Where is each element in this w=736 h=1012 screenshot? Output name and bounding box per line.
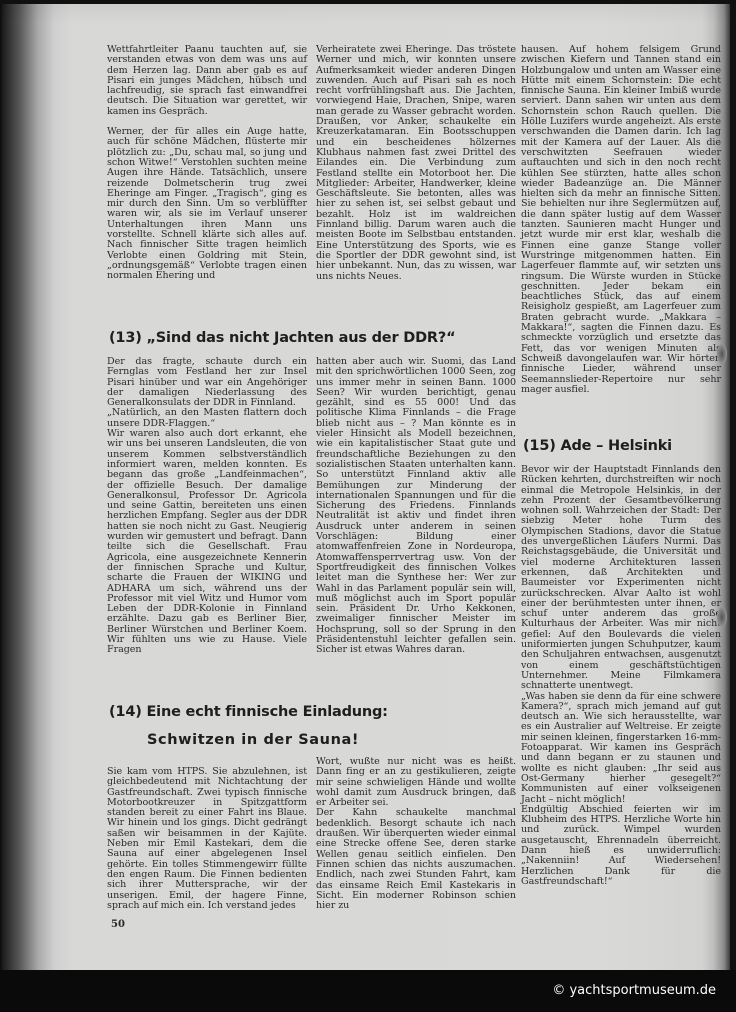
paragraph: Sie kam vom HTPS. Sie abzulehnen, ist gl…	[107, 767, 307, 911]
paragraph: Der das fragte, schaute durch ein Ferngl…	[107, 357, 307, 408]
paragraph: Verheiratete zwei Eheringe. Das tröstete…	[316, 45, 516, 282]
paragraph: Endgültig Abschied feierten wir im Klubh…	[521, 805, 721, 887]
paragraph: Wort, wußte nur nicht was es heißt. Dann…	[316, 757, 516, 808]
paragraph: Wettfahrtleiter Paanu tauchten auf, sie …	[107, 45, 307, 117]
paragraph: Werner, der für alles ein Auge hatte, au…	[107, 127, 307, 281]
section-14-column-1: Sie kam vom HTPS. Sie abzulehnen, ist gl…	[107, 767, 307, 911]
paragraph: hatten aber auch wir. Suomi, das Land mi…	[316, 357, 516, 656]
section-14-column-2: Wort, wußte nur nicht was es heißt. Dann…	[316, 757, 516, 911]
section-14-column-3: hausen. Auf hohem felsigem Grund zwische…	[521, 45, 721, 395]
section-13-heading: (13) „Sind das nicht Jachten aus der DDR…	[109, 330, 455, 346]
page-number: 50	[111, 919, 125, 930]
binding-hole-icon	[717, 344, 727, 364]
column-1-top: Wettfahrtleiter Paanu tauchten auf, sie …	[107, 45, 307, 282]
section-13-column-1: Der das fragte, schaute durch ein Ferngl…	[107, 357, 307, 656]
paper-page: Wettfahrtleiter Paanu tauchten auf, sie …	[2, 4, 730, 970]
section-14-heading-line-1: (14) Eine echt finnische Einladung:	[109, 704, 388, 720]
paragraph: hausen. Auf hohem felsigem Grund zwische…	[521, 45, 721, 395]
binding-hole-icon	[717, 607, 727, 627]
paragraph: „Was haben sie denn da für eine schwere …	[521, 692, 721, 805]
section-15-heading: (15) Ade – Helsinki	[523, 438, 672, 454]
paragraph: Der Kahn schaukelte manchmal bedenklich.…	[316, 808, 516, 911]
copyright-watermark: © yachtsportmuseum.de	[552, 983, 716, 998]
paragraph: Bevor wir der Hauptstadt Finnlands den R…	[521, 465, 721, 692]
section-14-heading-line-2: Schwitzen in der Sauna!	[147, 732, 359, 748]
paragraph: „Natürlich, an den Masten flattern doch …	[107, 408, 307, 429]
section-15-column: Bevor wir der Hauptstadt Finnlands den R…	[521, 465, 721, 887]
section-13-column-2: hatten aber auch wir. Suomi, das Land mi…	[316, 357, 516, 656]
paragraph: Wir waren also auch dort erkannt, ehe wi…	[107, 429, 307, 656]
column-2-top: Verheiratete zwei Eheringe. Das tröstete…	[316, 45, 516, 282]
scanned-magazine-page: Wettfahrtleiter Paanu tauchten auf, sie …	[0, 0, 736, 1012]
